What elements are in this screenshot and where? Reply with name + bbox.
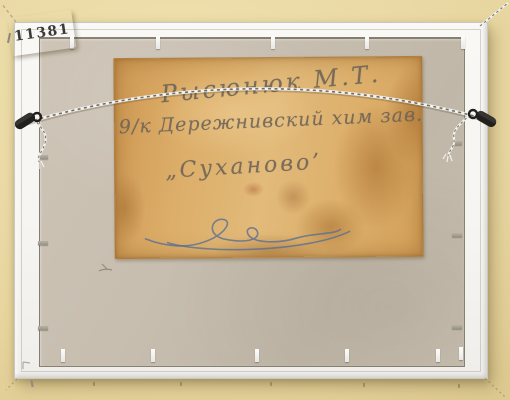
wall-pin xyxy=(30,380,33,387)
picture-frame-back: Рысюнюк М.Т. 9/к Дережнивский хим зав. „… xyxy=(14,22,488,379)
framing-tab-bottom xyxy=(345,349,349,362)
wall-mark xyxy=(270,382,272,386)
framing-tab-top xyxy=(271,36,275,49)
metal-flex-point-left xyxy=(38,241,48,245)
label-title-line: „Суханово’ xyxy=(164,150,323,184)
framing-tab-bottom xyxy=(151,349,155,362)
framing-tab-top xyxy=(156,36,160,49)
wall-mark xyxy=(93,382,95,386)
framing-tab-bottom xyxy=(459,347,463,360)
inventory-number: 11381 xyxy=(13,21,71,45)
framing-tab-bottom xyxy=(61,349,65,362)
metal-flex-point-left xyxy=(38,326,48,330)
wall-mark xyxy=(363,383,365,387)
metal-flex-point-right xyxy=(452,325,462,329)
label-artist-line: Рысюнюк М.Т. xyxy=(160,60,383,109)
metal-flex-point-right xyxy=(452,141,462,145)
framing-tab-bottom xyxy=(255,349,259,362)
wall-mark xyxy=(458,384,460,388)
corner-cord-bottom-left xyxy=(6,379,17,390)
signature-flourish xyxy=(137,207,362,253)
corner-cord-bottom-right xyxy=(485,378,505,397)
framing-tab-top xyxy=(365,36,369,49)
photo-of-framed-artwork-back: Рысюнюк М.Т. 9/к Дережнивский хим зав. „… xyxy=(0,0,510,400)
framing-tab-top xyxy=(461,36,465,49)
artwork-paper-label: Рысюнюк М.Т. 9/к Дережнивский хим зав. „… xyxy=(113,56,423,259)
metal-flex-point-left xyxy=(38,155,48,159)
framing-tab-bottom xyxy=(436,349,440,362)
backing-board: Рысюнюк М.Т. 9/к Дережнивский хим зав. „… xyxy=(39,37,465,367)
metal-flex-point-right xyxy=(452,233,462,237)
wall-mark xyxy=(180,382,182,386)
label-info-line: 9/к Дережнивский хим зав. xyxy=(118,104,423,139)
